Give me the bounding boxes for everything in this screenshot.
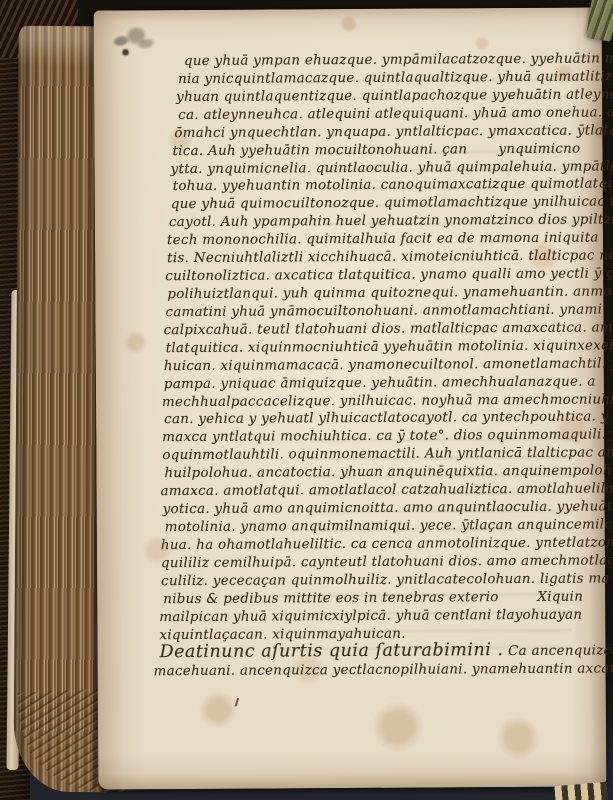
manuscript-line: que yhuā ympan ehuazque. ympāmilacatzozq… [184,51,580,71]
line-segment: que yhuā quimocuiltonozque. quimotlamach… [171,195,613,213]
manuscript-text-block: que yhuā ympan ehuazque. ympāmilacatzozq… [156,51,584,682]
line-segment: yotica. yhuā amo anquimicnoitta. amo anq… [163,499,613,517]
manuscript-line: Deatinunc aſurtis quia ſaturabimini . Ca… [159,642,583,664]
line-segment: Ca ancenquizca yectla [503,643,613,659]
manuscript-line: polihuiztlanqui. yuh quinma quitoznequi.… [167,284,581,304]
line-segment: calpixcahuā. teutl tlatohuani dios. matl… [164,320,613,338]
line-segment: culiliz. yececaçan quinmolhuiliz. ynitla… [161,571,610,589]
line-segment: polihuiztlanqui. yuh quinma quitoznequi.… [167,284,613,302]
manuscript-line: motolinia. ynamo anquimilnamiqui. yece. … [165,517,583,537]
manuscript-line: nibus & pedibus mittite eos in tenebras … [163,588,583,608]
line-segment: ytta. ynquimicnelia. quintlaoculia. yhuā… [171,159,613,177]
manuscript-line: mailpican yhuā xiquimicxiylpicā. yhuā ce… [159,606,583,627]
line-segment: Deatinunc aſurtis quia ſaturabimini . [159,640,503,662]
line-segment: mechhualpaccacelizque. ynilhuicac. noyhu… [162,392,613,410]
manuscript-line: ca. atleynneuhca. atlequini atlequiquani… [178,104,580,124]
line-segment: que yhuā ympan ehuazque. ympāmilacatzozq… [184,51,613,69]
line-segment: tech mononochilia. quimitalhuia facit ea… [167,231,599,249]
manuscript-line: yhuan quintlaquentizque. quintlapachozqu… [176,86,580,106]
line-segment: camatini yhuā ynāmocuiltonohuani. anmotl… [165,302,602,320]
line-segment: ca. atleynneuhca. atlequini atlequiquani… [178,105,613,123]
line-segment: huican. xiquinmamacacā. ynamonecuiltonol… [164,356,613,374]
manuscript-line: huican. xiquinmamacacā. ynamonecuiltonol… [164,355,582,375]
line-segment: maxca yntlatqui mochiuhtica. ca ȳ tote°.… [162,428,613,446]
line-segment: ōmahci ynquechtlan. ynquapa. yntlalticpa… [174,123,613,141]
line-segment: Xiquin [537,588,583,606]
line-segment: quililiz cemilhuipā. caynteutl tlatohuan… [161,553,613,571]
line-segment: nia ynicquintlamacazque. quintlaqualtizq… [178,69,613,87]
line-segment: amaxca. amotlatqui. amotlatlacol catzahu… [161,481,613,499]
line-segment: tis. Necniuhtlaliztli xicchihuacā. ximot… [167,249,613,267]
clasp-fragment [586,0,613,42]
manuscript-line: tlatquitica. xiquinmocniuhticā yyehuātin… [166,337,582,357]
line-segment: tohua. yyehuantin motolinia. canoquimaxc… [173,177,613,195]
line-segment: cuiltonoliztica. axcatica tlatquitica. y… [165,266,613,284]
line-segment: motolinia. ynamo anquimilnamiqui. yece. … [165,517,613,535]
ink-smudge [109,22,159,65]
manuscript-page: que yhuā ympan ehuazque. ympāmilacatzozq… [94,7,607,789]
line-segment: huilpolohua. ancatoctia. yhuan anquinēqu… [164,463,613,481]
manuscript-line: camatini yhuā ynāmocuiltonohuani. anmotl… [165,301,581,321]
line-segment: nibus & pedibus mittite eos in tenebras … [163,589,499,609]
line-segment: oquinmotlauhtili. oquinmonemactili. Auh … [162,446,613,464]
line-segment: mailpican yhuā xiquimicxiylpicā. yhuā ce… [159,607,582,625]
manuscript-line: macehuani. ancenquizca yectlacnopilhuian… [154,661,584,682]
manuscript-line: nia ynicquintlamacazque. quintlaqualtizq… [178,69,580,89]
pen-mark [235,698,240,707]
manuscript-line: hua. ha ohamotlahueliltic. ca cenca anmo… [161,534,583,554]
line-segment: can. yehica y yehuatl ylhuicactlatocayot… [164,410,609,428]
line-segment: hua. ha ohamotlahueliltic. ca cenca anmo… [161,535,613,553]
line-segment: pampa. yniquac āmiquizque. yehuātin. ame… [164,374,596,392]
manuscript-line: pampa. yniquac āmiquizque. yehuātin. ame… [164,373,582,393]
line-segment: tlatquitica. xiquinmocniuhticā yyehuātin… [166,338,613,356]
manuscript-photo: que yhuā ympan ehuazque. ympāmilacatzozq… [0,0,613,800]
line-gap [467,141,498,159]
manuscript-line: tica. Auh yyehuātin mocuiltonohuani. çan… [172,140,580,160]
manuscript-line: quililiz cemilhuipā. caynteutl tlatohuan… [161,552,583,572]
line-segment: ynquimicno [498,140,580,158]
line-segment: tica. Auh yyehuātin mocuiltonohuani. çan [172,141,467,161]
line-segment: macehuani. ancenquizca yectlacnopilhuian… [154,662,613,680]
line-segment: yhuan quintlaquentizque. quintlapachozqu… [176,87,613,105]
manuscript-line: calpixcahuā. teutl tlatohuani dios. matl… [164,319,582,339]
line-gap [499,589,538,607]
line-segment: xiquintlaçacan. xiquinmayahuican. [159,626,405,643]
line-segment: cayotl. Auh ypampahin huel yehuatzin yno… [169,213,613,231]
